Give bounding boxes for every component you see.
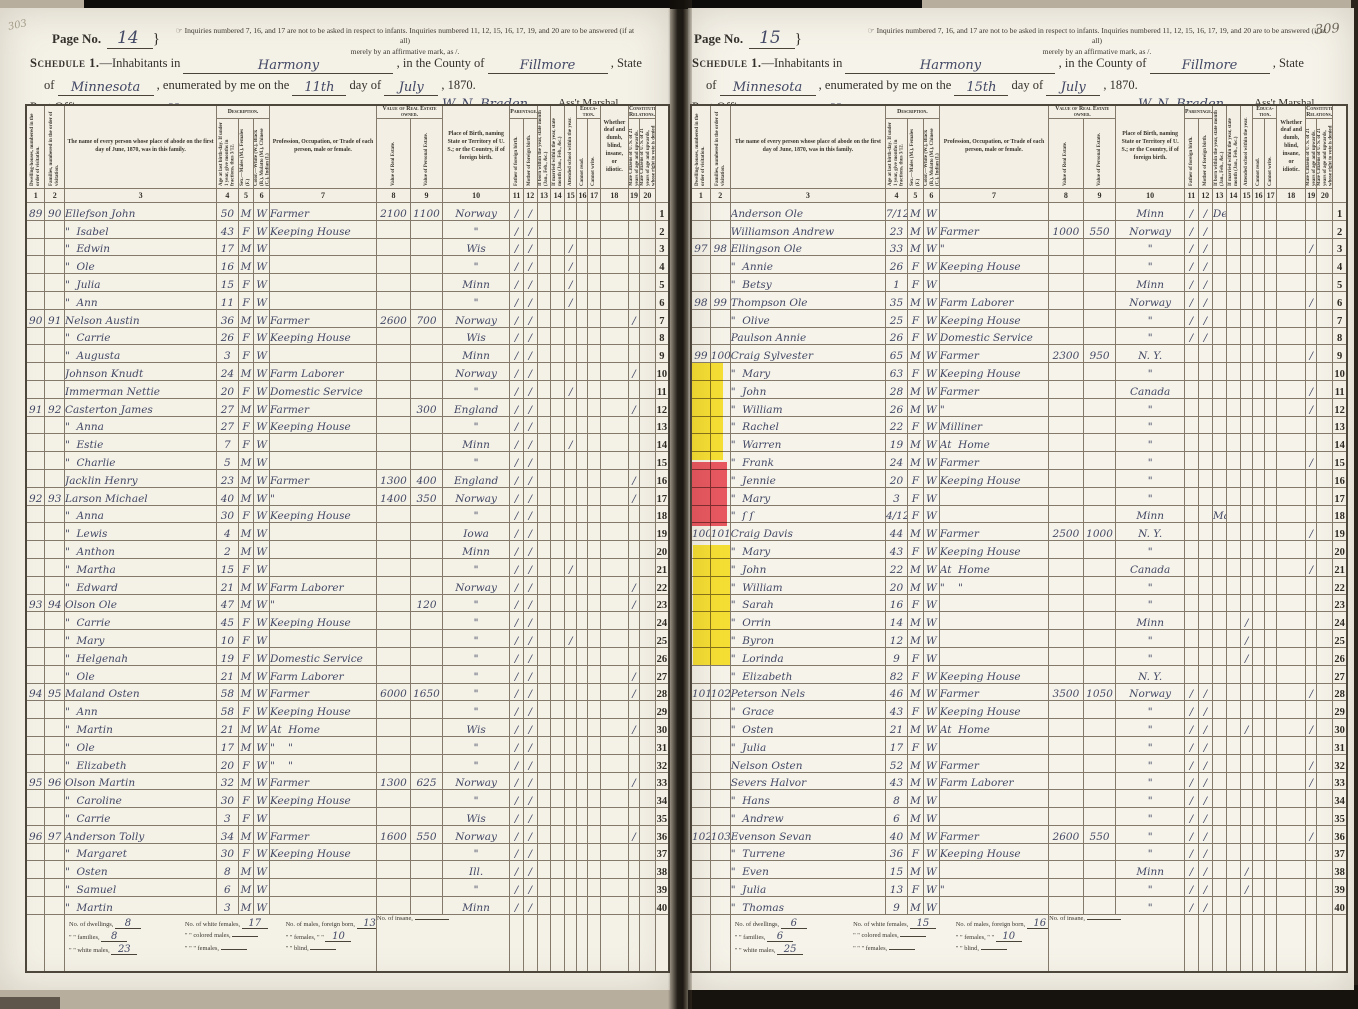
deaf-dumb-blind-insane <box>1277 825 1306 843</box>
real-estate-value <box>1049 256 1084 274</box>
deaf-dumb-blind-insane <box>600 203 628 221</box>
birthplace: " <box>1116 452 1185 470</box>
person-name: Ellefson John <box>65 203 217 221</box>
dwelling-number <box>691 719 710 737</box>
male-citizen-21 <box>1306 541 1317 559</box>
personal-estate-value <box>1083 363 1116 381</box>
person-name: " Hans <box>730 790 885 808</box>
age: 26 <box>217 327 239 345</box>
cannot-read <box>1253 861 1264 879</box>
attended-school <box>1240 416 1253 434</box>
male-citizen-21 <box>628 861 639 879</box>
column-header-11: Father of foreign birth. <box>1184 119 1198 189</box>
father-foreign-born: / <box>510 719 524 737</box>
sex: F <box>907 416 923 434</box>
row-number: 4 <box>1333 256 1347 274</box>
person-name: " Ole <box>65 256 217 274</box>
father-foreign-born: / <box>510 505 524 523</box>
sex: F <box>907 487 923 505</box>
sex: M <box>238 256 254 274</box>
month-born-in-year <box>1212 487 1226 505</box>
color: W <box>923 879 939 897</box>
family-number <box>45 719 65 737</box>
color: W <box>923 808 939 826</box>
birthplace: " <box>1116 469 1185 487</box>
sex: F <box>238 790 254 808</box>
table-row: " Orrin14MWMinn/24 <box>691 612 1347 630</box>
cannot-read <box>1253 754 1264 772</box>
age: 7 <box>217 434 239 452</box>
family-number: 103 <box>710 825 730 843</box>
color: W <box>254 523 270 541</box>
table-row: " Charlie5MW"//15 <box>26 452 669 470</box>
personal-estate-value: 625 <box>410 772 442 790</box>
summary-row: No. of dwellings, 8No. of white females,… <box>26 914 669 972</box>
male-citizen-21-denied <box>1317 505 1333 523</box>
father-foreign-born <box>1184 594 1198 612</box>
occupation: Keeping House <box>269 701 376 719</box>
attended-school <box>1240 452 1253 470</box>
occupation: At Home <box>939 719 1048 737</box>
cannot-write <box>1264 665 1277 683</box>
census-page-14: 303 Page No.14} ☞ Inquiries numbered 7, … <box>0 8 670 990</box>
dwelling-number <box>26 345 45 363</box>
month-married-in-year <box>551 238 565 256</box>
deaf-dumb-blind-insane <box>1277 808 1306 826</box>
sex: M <box>238 398 254 416</box>
dwelling-number <box>26 505 45 523</box>
month-born-in-year <box>1212 719 1226 737</box>
sex: M <box>907 291 923 309</box>
cannot-read <box>577 558 588 576</box>
father-foreign-born: / <box>510 256 524 274</box>
person-name: " Elizabeth <box>730 665 885 683</box>
family-number: 97 <box>45 825 65 843</box>
month-born-in-year <box>537 541 551 559</box>
male-citizen-21-denied <box>640 808 656 826</box>
age: 21 <box>217 576 239 594</box>
occupation: Farmer <box>269 683 376 701</box>
male-citizen-21-denied <box>1317 220 1333 238</box>
male-citizen-21 <box>628 505 639 523</box>
attended-school <box>1240 256 1253 274</box>
summary-foreign-females: " " females, " " 10 <box>286 931 374 944</box>
cannot-read <box>1253 398 1264 416</box>
color: W <box>254 327 270 345</box>
real-estate-value <box>1049 736 1084 754</box>
deaf-dumb-blind-insane <box>600 256 628 274</box>
real-estate-value <box>1049 808 1084 826</box>
birthplace: " <box>442 665 509 683</box>
attended-school <box>565 398 577 416</box>
month-married-in-year <box>1226 398 1240 416</box>
row-number: 32 <box>655 754 669 772</box>
sex: F <box>907 256 923 274</box>
month-born-in-year <box>1212 683 1226 701</box>
attended-school: / <box>1240 647 1253 665</box>
mother-foreign-born: / <box>1198 220 1212 238</box>
family-number <box>45 291 65 309</box>
table-row: " Martin3MWMinn//40 <box>26 897 669 915</box>
male-citizen-21-denied <box>640 825 656 843</box>
deaf-dumb-blind-insane <box>1277 612 1306 630</box>
father-foreign-born: / <box>510 630 524 648</box>
dwelling-number <box>691 754 710 772</box>
scan-bottom-left-shadow <box>0 997 60 1009</box>
personal-estate-value <box>1083 416 1116 434</box>
personal-estate-value <box>1083 576 1116 594</box>
real-estate-value <box>1049 558 1084 576</box>
attended-school: / <box>1240 861 1253 879</box>
personal-estate-value <box>1083 541 1116 559</box>
occupation <box>269 345 376 363</box>
deaf-dumb-blind-insane <box>1277 683 1306 701</box>
occupation <box>939 274 1048 292</box>
deaf-dumb-blind-insane <box>600 630 628 648</box>
month-born-in-year <box>1212 772 1226 790</box>
color: W <box>923 647 939 665</box>
male-citizen-21-denied <box>1317 897 1333 915</box>
male-citizen-21: / <box>1306 398 1317 416</box>
attended-school <box>565 879 577 897</box>
deaf-dumb-blind-insane <box>1277 487 1306 505</box>
column-number: 18 <box>600 189 628 203</box>
dwelling-number <box>26 327 45 345</box>
age: 5 <box>217 452 239 470</box>
color: W <box>923 665 939 683</box>
personal-estate-value <box>410 238 442 256</box>
deaf-dumb-blind-insane <box>600 487 628 505</box>
male-citizen-21: / <box>1306 683 1317 701</box>
cannot-write <box>1264 256 1277 274</box>
deaf-dumb-blind-insane <box>1277 416 1306 434</box>
month-born-in-year <box>1212 220 1226 238</box>
deaf-dumb-blind-insane <box>1277 363 1306 381</box>
sex: F <box>238 434 254 452</box>
month-born-in-year <box>537 220 551 238</box>
birthplace: Minn <box>1116 274 1185 292</box>
column-number: 14 <box>551 189 565 203</box>
column-header-8: Value of Real Estate. <box>1049 119 1084 189</box>
summary-white-females: No. of white females, 17 <box>185 918 286 931</box>
cannot-read <box>577 843 588 861</box>
male-citizen-21-denied <box>640 256 656 274</box>
deaf-dumb-blind-insane <box>600 541 628 559</box>
sex: M <box>907 238 923 256</box>
real-estate-value <box>377 612 411 630</box>
person-name: Olson Martin <box>65 772 217 790</box>
summary-value: 6 <box>767 932 793 942</box>
occupation <box>939 861 1048 879</box>
sex: M <box>907 612 923 630</box>
deaf-dumb-blind-insane <box>600 665 628 683</box>
occupation <box>269 558 376 576</box>
cannot-write <box>588 754 600 772</box>
male-citizen-21: / <box>628 719 639 737</box>
sex: F <box>238 327 254 345</box>
dwelling-number: 89 <box>26 203 45 221</box>
family-number: 96 <box>45 772 65 790</box>
age: 6 <box>885 808 907 826</box>
sex: F <box>238 701 254 719</box>
family-number <box>710 861 730 879</box>
father-foreign-born: / <box>510 309 524 327</box>
deaf-dumb-blind-insane <box>600 790 628 808</box>
attended-school <box>565 647 577 665</box>
birthplace: Norway <box>1116 291 1185 309</box>
row-number: 9 <box>655 345 669 363</box>
occupation: Farmer <box>939 683 1048 701</box>
dwelling-number <box>691 256 710 274</box>
column-header-14: If married within the year, state month … <box>1226 105 1240 189</box>
occupation: Farmer <box>269 398 376 416</box>
male-citizen-21 <box>1306 630 1317 648</box>
row-number: 23 <box>655 594 669 612</box>
cannot-write <box>1264 363 1277 381</box>
male-citizen-21-denied <box>640 541 656 559</box>
color: W <box>923 843 939 861</box>
row-number: 34 <box>1333 790 1347 808</box>
column-number: 11 <box>510 189 524 203</box>
family-number <box>45 380 65 398</box>
male-citizen-21-denied <box>640 612 656 630</box>
summary-row: No. of dwellings, 6No. of white females,… <box>691 914 1347 972</box>
family-number: 99 <box>710 291 730 309</box>
family-number <box>45 363 65 381</box>
male-citizen-21-denied <box>640 719 656 737</box>
birthplace: " <box>442 701 509 719</box>
color: W <box>254 487 270 505</box>
father-foreign-born <box>1184 416 1198 434</box>
person-name: " William <box>730 398 885 416</box>
deaf-dumb-blind-insane <box>1277 434 1306 452</box>
color: W <box>923 790 939 808</box>
cannot-write <box>1264 434 1277 452</box>
birthplace: Minn <box>442 897 509 915</box>
row-number: 27 <box>655 665 669 683</box>
month-married-in-year <box>1226 220 1240 238</box>
attended-school <box>565 327 577 345</box>
summary-value: 6 <box>781 919 807 929</box>
personal-estate-value <box>1083 647 1116 665</box>
cannot-read <box>577 256 588 274</box>
sex: M <box>907 434 923 452</box>
cannot-write <box>1264 238 1277 256</box>
occupation: Milliner <box>939 416 1048 434</box>
dwelling-number <box>26 363 45 381</box>
sex: F <box>907 505 923 523</box>
real-estate-value: 1400 <box>377 487 411 505</box>
attended-school <box>565 416 577 434</box>
table-row: " Estie7FWMinn///14 <box>26 434 669 452</box>
occupation: " " <box>269 736 376 754</box>
age: 21 <box>885 719 907 737</box>
color: W <box>923 736 939 754</box>
attended-school <box>1240 701 1253 719</box>
month-married-in-year <box>1226 754 1240 772</box>
row-number: 23 <box>1333 594 1347 612</box>
sex: M <box>907 558 923 576</box>
cannot-read <box>1253 291 1264 309</box>
table-row: " Carrie26FWKeeping HouseWis//8 <box>26 327 669 345</box>
male-citizen-21 <box>1306 861 1317 879</box>
cannot-read <box>577 701 588 719</box>
male-citizen-21-denied <box>640 736 656 754</box>
family-number <box>710 203 730 221</box>
row-number: 28 <box>1333 683 1347 701</box>
male-citizen-21 <box>628 380 639 398</box>
sex: M <box>907 452 923 470</box>
dwelling-number <box>691 309 710 327</box>
row-number: 11 <box>655 380 669 398</box>
dwelling-number <box>691 203 710 221</box>
age: 14 <box>885 612 907 630</box>
month-married-in-year <box>551 594 565 612</box>
age: 13 <box>885 879 907 897</box>
real-estate-value <box>1049 772 1084 790</box>
real-estate-value <box>1049 612 1084 630</box>
person-name: " Warren <box>730 434 885 452</box>
father-foreign-born: / <box>1184 203 1198 221</box>
cannot-write <box>1264 452 1277 470</box>
state-value: Minnesota <box>720 81 816 96</box>
summary-label: " " blind, <box>286 945 311 952</box>
summary-value <box>415 919 449 920</box>
table-row: " Julia13FW""///39 <box>691 879 1347 897</box>
occupation: Domestic Service <box>939 327 1048 345</box>
month-born-in-year <box>537 291 551 309</box>
birthplace: Norway <box>442 363 509 381</box>
month-married-in-year <box>1226 345 1240 363</box>
male-citizen-21 <box>1306 843 1317 861</box>
column-header-12: Mother of foreign birth. <box>523 119 537 189</box>
age: 12 <box>885 630 907 648</box>
person-name: Thompson Ole <box>730 291 885 309</box>
sex: M <box>238 665 254 683</box>
deaf-dumb-blind-insane <box>600 576 628 594</box>
inquiry-note: ☞ Inquiries numbered 7, 16, and 17 are n… <box>864 26 1330 57</box>
row-number: 33 <box>655 772 669 790</box>
month-married-in-year <box>1226 665 1240 683</box>
cannot-write <box>588 772 600 790</box>
personal-estate-value: 950 <box>1083 345 1116 363</box>
real-estate-value <box>377 452 411 470</box>
sex: M <box>238 309 254 327</box>
personal-estate-value <box>1083 256 1116 274</box>
color: W <box>254 505 270 523</box>
family-number <box>45 505 65 523</box>
month-married-in-year <box>1226 203 1240 221</box>
birthplace: " <box>1116 701 1185 719</box>
summary-colored-females: " " " females, <box>185 944 286 957</box>
male-citizen-21-denied <box>1317 541 1333 559</box>
age: 8 <box>885 790 907 808</box>
dwelling-number: 90 <box>26 309 45 327</box>
dwelling-number: 91 <box>26 398 45 416</box>
cannot-read <box>1253 719 1264 737</box>
cannot-read <box>1253 630 1264 648</box>
month-born-in-year <box>537 683 551 701</box>
attended-school <box>565 220 577 238</box>
personal-estate-value <box>410 808 442 826</box>
row-number: 5 <box>1333 274 1347 292</box>
color: W <box>923 701 939 719</box>
age: 9 <box>885 647 907 665</box>
real-estate-value <box>377 647 411 665</box>
birthplace: Minn <box>1116 505 1185 523</box>
row-number: 26 <box>1333 647 1347 665</box>
column-header-13: If born within the year, state month (Ja… <box>1212 105 1226 189</box>
color: W <box>923 897 939 915</box>
birthplace: Norway <box>442 825 509 843</box>
cannot-write <box>1264 790 1277 808</box>
table-row: 101102Peterson Nels46MWFarmer35001050Nor… <box>691 683 1347 701</box>
deaf-dumb-blind-insane <box>600 398 628 416</box>
mother-foreign-born: / <box>523 790 537 808</box>
attended-school <box>1240 203 1253 221</box>
cannot-write <box>1264 505 1277 523</box>
summary-value <box>310 949 336 950</box>
occupation <box>939 505 1048 523</box>
column-number: 17 <box>1264 189 1277 203</box>
father-foreign-born: / <box>510 701 524 719</box>
cannot-read <box>577 719 588 737</box>
page-no-label: Page No. <box>52 31 101 46</box>
occupation <box>269 897 376 915</box>
cannot-read <box>1253 647 1264 665</box>
occupation <box>269 452 376 470</box>
month-married-in-year <box>551 665 565 683</box>
row-number: 19 <box>655 523 669 541</box>
cannot-read <box>1253 434 1264 452</box>
month-born-in-year <box>537 469 551 487</box>
attended-school <box>565 452 577 470</box>
deaf-dumb-blind-insane <box>1277 309 1306 327</box>
cannot-write <box>1264 843 1277 861</box>
birthplace: " <box>1116 754 1185 772</box>
family-number <box>45 238 65 256</box>
month-born-in-year <box>1212 380 1226 398</box>
dwelling-number: 93 <box>26 594 45 612</box>
family-number <box>45 879 65 897</box>
father-foreign-born: / <box>1184 772 1198 790</box>
birthplace: Norway <box>442 203 509 221</box>
occupation: " <box>269 594 376 612</box>
mother-foreign-born: / <box>523 612 537 630</box>
birthplace: Wis <box>442 327 509 345</box>
cannot-read <box>577 683 588 701</box>
month-born-in-year <box>1212 398 1226 416</box>
cannot-read <box>1253 576 1264 594</box>
age: 43 <box>217 220 239 238</box>
schedule-line: Schedule 1.—Inhabitants in Harmony , in … <box>692 56 1304 74</box>
male-citizen-21-denied <box>1317 772 1333 790</box>
family-number <box>45 790 65 808</box>
father-foreign-born <box>1184 380 1198 398</box>
month-married-in-year <box>551 220 565 238</box>
cannot-write <box>1264 576 1277 594</box>
person-name: " Lewis <box>65 523 217 541</box>
table-row: " Andrew6MW"//35 <box>691 808 1347 826</box>
cannot-read <box>577 736 588 754</box>
occupation: Keeping House <box>939 309 1048 327</box>
summary-families: " " families, 8 <box>69 931 185 944</box>
month-married-in-year <box>551 576 565 594</box>
cannot-read <box>577 309 588 327</box>
color: W <box>923 772 939 790</box>
month-married-in-year <box>551 897 565 915</box>
attended-school <box>1240 434 1253 452</box>
